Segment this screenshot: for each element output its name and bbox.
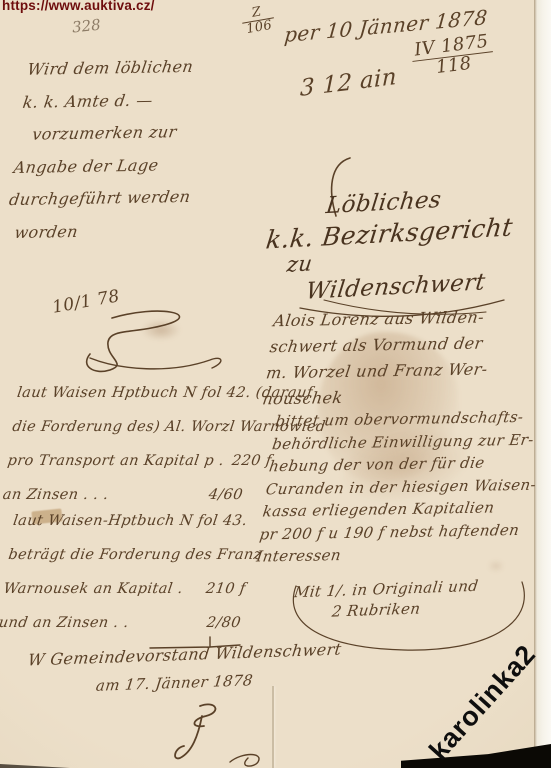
pencil-archive-number: 328 xyxy=(71,16,101,37)
signoff-date: am 17. Jänner 1878 xyxy=(95,671,254,695)
ledger-entry-2: laut Waisen-Hptbuch N fol 43. beträgt di… xyxy=(0,504,258,640)
address-line-gericht: k.k. Bezirksgericht xyxy=(264,212,514,254)
scan-corner-shadow-left xyxy=(0,764,70,768)
ledger-row: laut Waisen Hptbuch N fol 42. (darauf xyxy=(15,376,260,410)
petition-party: Alois Lorenz aus Wilden- schwert als Vor… xyxy=(261,304,538,413)
marginal-note: Wird dem löblichen k. k. Amte d. — vorzu… xyxy=(2,50,254,249)
ledger-row: die Forderung des) Al. Worzl Warnowied xyxy=(10,410,255,444)
ledger-row: pro Transport an Kapital p . 220 f xyxy=(5,444,250,478)
ledger-amount xyxy=(253,504,258,538)
petition-request-line: Interessen xyxy=(255,541,530,568)
ledger-row: beträgt die Forderung des Franz xyxy=(6,538,253,572)
marginal-line: k. k. Amte d. — xyxy=(21,82,251,119)
seller-watermark-wrap: karolinka2 xyxy=(398,632,551,768)
docket-ref-fraction: Z 106 xyxy=(240,3,276,36)
marginal-line: Angabe der Lage xyxy=(11,148,241,185)
marginal-line: Wird dem löblichen xyxy=(25,50,255,87)
petition-request: bittet um obervormundschafts- behördlich… xyxy=(255,405,549,568)
paraph-flourish xyxy=(172,700,292,768)
docket-case-prefix: 3 12 ain xyxy=(300,64,397,102)
petition-request-line: behördliche Einwilligung zur Er- xyxy=(271,428,546,455)
auction-site-watermark: https://www.auktiva.cz/ xyxy=(2,0,155,13)
ledger-text: pro Transport an Kapital p . xyxy=(5,444,226,478)
ledger-amount: 210 f xyxy=(204,572,248,606)
ledger-row: Warnousek an Kapital . 210 f xyxy=(1,572,248,606)
ledger-entry-1: laut Waisen Hptbuch N fol 42. (darauf di… xyxy=(0,376,259,512)
ledger-text: Warnousek an Kapital . xyxy=(1,572,185,606)
marginal-line: vorzumerken zur xyxy=(16,115,246,152)
docket-case-fraction: IV 1875 118 xyxy=(410,32,495,80)
ledger-text: und an Zinsen . . xyxy=(0,606,131,640)
ledger-text: beträgt die Forderung des Franz xyxy=(6,538,264,572)
marginal-line: durchgeführt werden xyxy=(7,180,237,217)
ledger-row: laut Waisen-Hptbuch N fol 43. xyxy=(11,504,258,538)
document-scan: https://www.auktiva.cz/ 328 Z 106 per 10… xyxy=(0,0,551,768)
signature-flourish xyxy=(50,308,230,380)
ledger-text: laut Waisen-Hptbuch N fol 43. xyxy=(11,504,250,538)
marginal-line: worden xyxy=(2,213,232,250)
address-line-zu: zu xyxy=(286,251,314,277)
seller-watermark: karolinka2 xyxy=(423,638,542,765)
address-line-loebliches: Löbliches xyxy=(324,187,442,219)
petition-request-line: pr 200 f u 190 f nebst haftenden xyxy=(258,518,533,545)
petition-request-line: Curanden in der hiesigen Waisen- xyxy=(264,473,539,500)
